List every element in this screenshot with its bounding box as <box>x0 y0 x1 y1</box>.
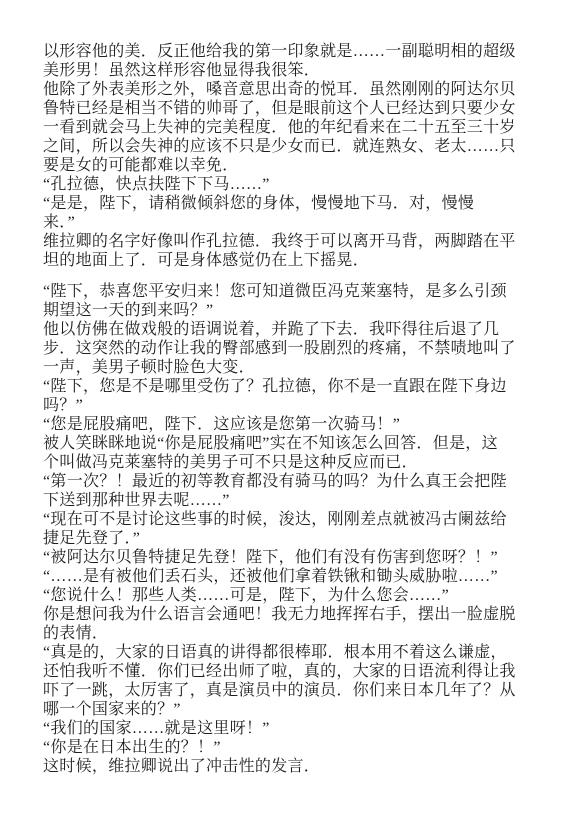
text-line: “现在可不是讨论这些事的时候，浚达，刚刚差点就被冯古阑兹给 <box>43 510 547 529</box>
text-line: 要是女的可能都难以幸免． <box>43 156 547 175</box>
text-line: 他除了外表美形之外，嗓音意思出奇的悦耳．虽然刚刚的阿达尔贝 <box>43 80 547 99</box>
text-line: “你是在日本出生的？！” <box>43 738 547 757</box>
text-line: 美形男！虽然这样形容他显得我很笨． <box>43 61 547 80</box>
text-line: “陛下，您是不是哪里受伤了？孔拉德，你不是一直跟在陛下身边 <box>43 377 547 396</box>
text-line: “……是有被他们丢石头，还被他们拿着铁锹和锄头威胁啦……” <box>43 567 547 586</box>
text-line: 吓了一跳，太厉害了，真是演员中的演员．你们来日本几年了？从 <box>43 681 547 700</box>
novel-text-page: 以形容他的美．反正他给我的第一印象就是……一副聪明相的超级 美形男！虽然这样形容… <box>0 0 583 828</box>
text-line: “您说什么！那些人类……可是，陛下，为什么您会……” <box>43 586 547 605</box>
text-line: 维拉卿的名字好像叫作孔拉德．我终于可以离开马背，两脚踏在平 <box>43 232 547 251</box>
text-line: 下送到那种世界去呢……” <box>43 491 547 510</box>
text-line: 期望这一天的到来吗？” <box>43 301 547 320</box>
text-line: 这时候，维拉卿说出了冲击性的发言． <box>43 757 547 776</box>
text-line: 以形容他的美．反正他给我的第一印象就是……一副聪明相的超级 <box>43 42 547 61</box>
text-line: “被阿达尔贝鲁特捷足先登！陛下，他们有没有伤害到您呀？！” <box>43 548 547 567</box>
text-line: 哪一个国家来的？” <box>43 700 547 719</box>
text-line: “真是的，大家的日语真的讲得都很棒耶．根本用不着这么谦虚， <box>43 643 547 662</box>
text-line: 来．” <box>43 213 547 232</box>
text-line: 一看到就会马上失神的完美程度．他的年纪看来在二十五至三十岁 <box>43 118 547 137</box>
text-line: 步．这突然的动作让我的臀部感到一股剧烈的疼痛，不禁啧地叫了 <box>43 339 547 358</box>
text-line: “我们的国家……就是这里呀！” <box>43 719 547 738</box>
text-line: 一声，美男子顿时脸色大变． <box>43 358 547 377</box>
text-line: “孔拉德，快点扶陛下下马……” <box>43 175 547 194</box>
text-line: 他以仿佛在做戏般的语调说着，并跪了下去．我吓得往后退了几 <box>43 320 547 339</box>
text-line: 还怕我听不懂．你们已经出师了啦，真的，大家的日语流利得让我 <box>43 662 547 681</box>
text-line: 坦的地面上了．可是身体感觉仍在上下摇晃． <box>43 251 547 270</box>
text-line: 鲁特已经是相当不错的帅哥了，但是眼前这个人已经达到只要少女 <box>43 99 547 118</box>
text-line: 之间，所以会失神的应该不只是少女而已．就连熟女、老太……只 <box>43 137 547 156</box>
text-line: 被人笑眯眯地说“你是屁股痛吧”实在不知该怎么回答．但是，这 <box>43 434 547 453</box>
blank-line <box>43 270 547 282</box>
text-line: “陛下，恭喜您平安归来！您可知道微臣冯克莱塞特，是多么引颈 <box>43 282 547 301</box>
text-line: 你是想问我为什么语言会通吧！我无力地挥挥右手，摆出一脸虚脱 <box>43 605 547 624</box>
text-line: 的表情． <box>43 624 547 643</box>
text-line: “第一次？！最近的初等教育都没有骑马的吗？为什么真王会把陛 <box>43 472 547 491</box>
text-line: 吗？” <box>43 396 547 415</box>
text-line: “是是，陛下，请稍微倾斜您的身体，慢慢地下马．对，慢慢 <box>43 194 547 213</box>
text-line: 个叫做冯克莱塞特的美男子可不只是这种反应而已． <box>43 453 547 472</box>
text-line: “您是屁股痛吧，陛下．这应该是您第一次骑马！” <box>43 415 547 434</box>
text-line: 捷足先登了．” <box>43 529 547 548</box>
